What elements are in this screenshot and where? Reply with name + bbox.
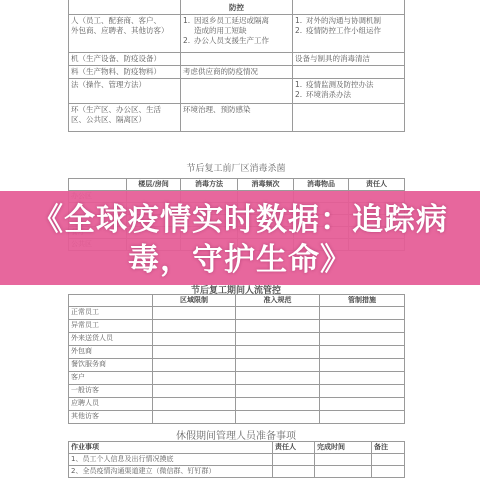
row-label: 料（生产物料、防疫物料） (69, 66, 181, 79)
table-row: 环（生产区、办公区、生活 区、公共区、隔离区） 环境治理、预防感染 (69, 104, 405, 132)
holiday-prep-section-title: 休假期间管理人员准备事项 (68, 427, 404, 442)
prevention-matrix-table: 防控 人（员工、配套商、客户、 外包商、应聘者、其他访客） 1.因返乡员工延迟或… (68, 0, 405, 132)
header-cell (69, 0, 181, 15)
table-header-row: 楼层/房间 消毒方法 消毒频次 消毒物品 责任人 (69, 179, 405, 191)
header-cell: 防控 (181, 0, 293, 15)
cell-mid (181, 79, 293, 104)
table-row: 应聘人员 (69, 398, 405, 411)
table-row: 外包商 (69, 346, 405, 359)
header-cell: 消毒方法 (181, 179, 238, 191)
header-cell: 责任人 (273, 442, 315, 454)
header-cell: 完成时间 (315, 442, 372, 454)
table-row: 正常员工 (69, 307, 405, 320)
table-row: 人（员工、配套商、客户、 外包商、应聘者、其他访客） 1.因返乡员工延迟或隔离 … (69, 15, 405, 53)
cell-right (293, 66, 405, 79)
cell-mid: 考虑供应商的防疫情况 (181, 66, 293, 79)
cell-mid: 环境治理、预防感染 (181, 104, 293, 132)
table-row: 机（生产设备、防疫设备） 设备与制具的消毒清洁 (69, 53, 405, 66)
header-cell: 消毒频次 (238, 179, 294, 191)
header-cell: 消毒物品 (294, 179, 349, 191)
cell-right: 设备与制具的消毒清洁 (293, 53, 405, 66)
table-row: 餐饮服务商 (69, 359, 405, 372)
row-label: 法（操作、管理方法） (69, 79, 181, 104)
header-cell: 准入规范 (236, 295, 320, 307)
header-cell: 楼层/房间 (127, 179, 181, 191)
table-row: 法（操作、管理方法） 1.疫情监测及防控办法 2.环境消杀办法 (69, 79, 405, 104)
table-row: 料（生产物料、防疫物料） 考虑供应商的防疫情况 (69, 66, 405, 79)
people-flow-table: 区域限制 准入规范 管制措施 正常员工 异常员工 外来送货人员 外包商 餐饮服务… (68, 294, 405, 424)
task-cell: 1、员工个人信息及出行情况摸底 (69, 454, 273, 466)
header-cell (69, 179, 127, 191)
row-label: 机（生产设备、防疫设备） (69, 53, 181, 66)
row-label: 正常员工 (69, 307, 153, 320)
header-cell: 责任人 (349, 179, 405, 191)
disinfection-section-title: 节后复工前厂区消毒杀菌 (68, 161, 404, 174)
row-label: 外包商 (69, 346, 153, 359)
header-cell (69, 295, 153, 307)
header-cell: 备注 (372, 442, 405, 454)
cell-mid (181, 53, 293, 66)
table-row: 其他访客 (69, 411, 405, 424)
header-cell: 作业事项 (69, 442, 273, 454)
row-label: 其他访客 (69, 411, 153, 424)
table-row: 客户 (69, 372, 405, 385)
headline-text: 《全球疫情实时数据：追踪病 毒，守护生命》 (0, 200, 480, 280)
row-label: 餐饮服务商 (69, 359, 153, 372)
table-header-row: 作业事项 责任人 完成时间 备注 (69, 442, 405, 454)
row-label: 外来送货人员 (69, 333, 153, 346)
row-label: 一般访客 (69, 385, 153, 398)
table-row: 异常员工 (69, 320, 405, 333)
header-cell (293, 0, 405, 15)
row-label: 客户 (69, 372, 153, 385)
row-label: 应聘人员 (69, 398, 153, 411)
table-row: 1、员工个人信息及出行情况摸底 (69, 454, 405, 466)
table-header-row: 防控 (69, 0, 405, 15)
row-label: 人（员工、配套商、客户、 外包商、应聘者、其他访客） (69, 15, 181, 53)
cell-mid: 1.因返乡员工延迟或隔离 造成的用工短缺 2.办公人员支援生产工作 (181, 15, 293, 53)
cell-right: 1.疫情监测及防控办法 2.环境消杀办法 (293, 79, 405, 104)
table-header-row: 区域限制 准入规范 管制措施 (69, 295, 405, 307)
table-row: 一般访客 (69, 385, 405, 398)
table-row: 外来送货人员 (69, 333, 405, 346)
task-cell: 2、全员疫情沟通渠道建立（微信群、钉钉群） (69, 466, 273, 478)
holiday-prep-table: 作业事项 责任人 完成时间 备注 1、员工个人信息及出行情况摸底 2、全员疫情沟… (68, 441, 405, 478)
cell-right (293, 104, 405, 132)
header-cell: 区域限制 (153, 295, 236, 307)
row-label: 异常员工 (69, 320, 153, 333)
table-row: 2、全员疫情沟通渠道建立（微信群、钉钉群） (69, 466, 405, 478)
cell-right: 1.对外的沟通与协调机制 2.疫情防控工作小组运作 (293, 15, 405, 53)
header-cell: 管制措施 (320, 295, 405, 307)
row-label: 环（生产区、办公区、生活 区、公共区、隔离区） (69, 104, 181, 132)
